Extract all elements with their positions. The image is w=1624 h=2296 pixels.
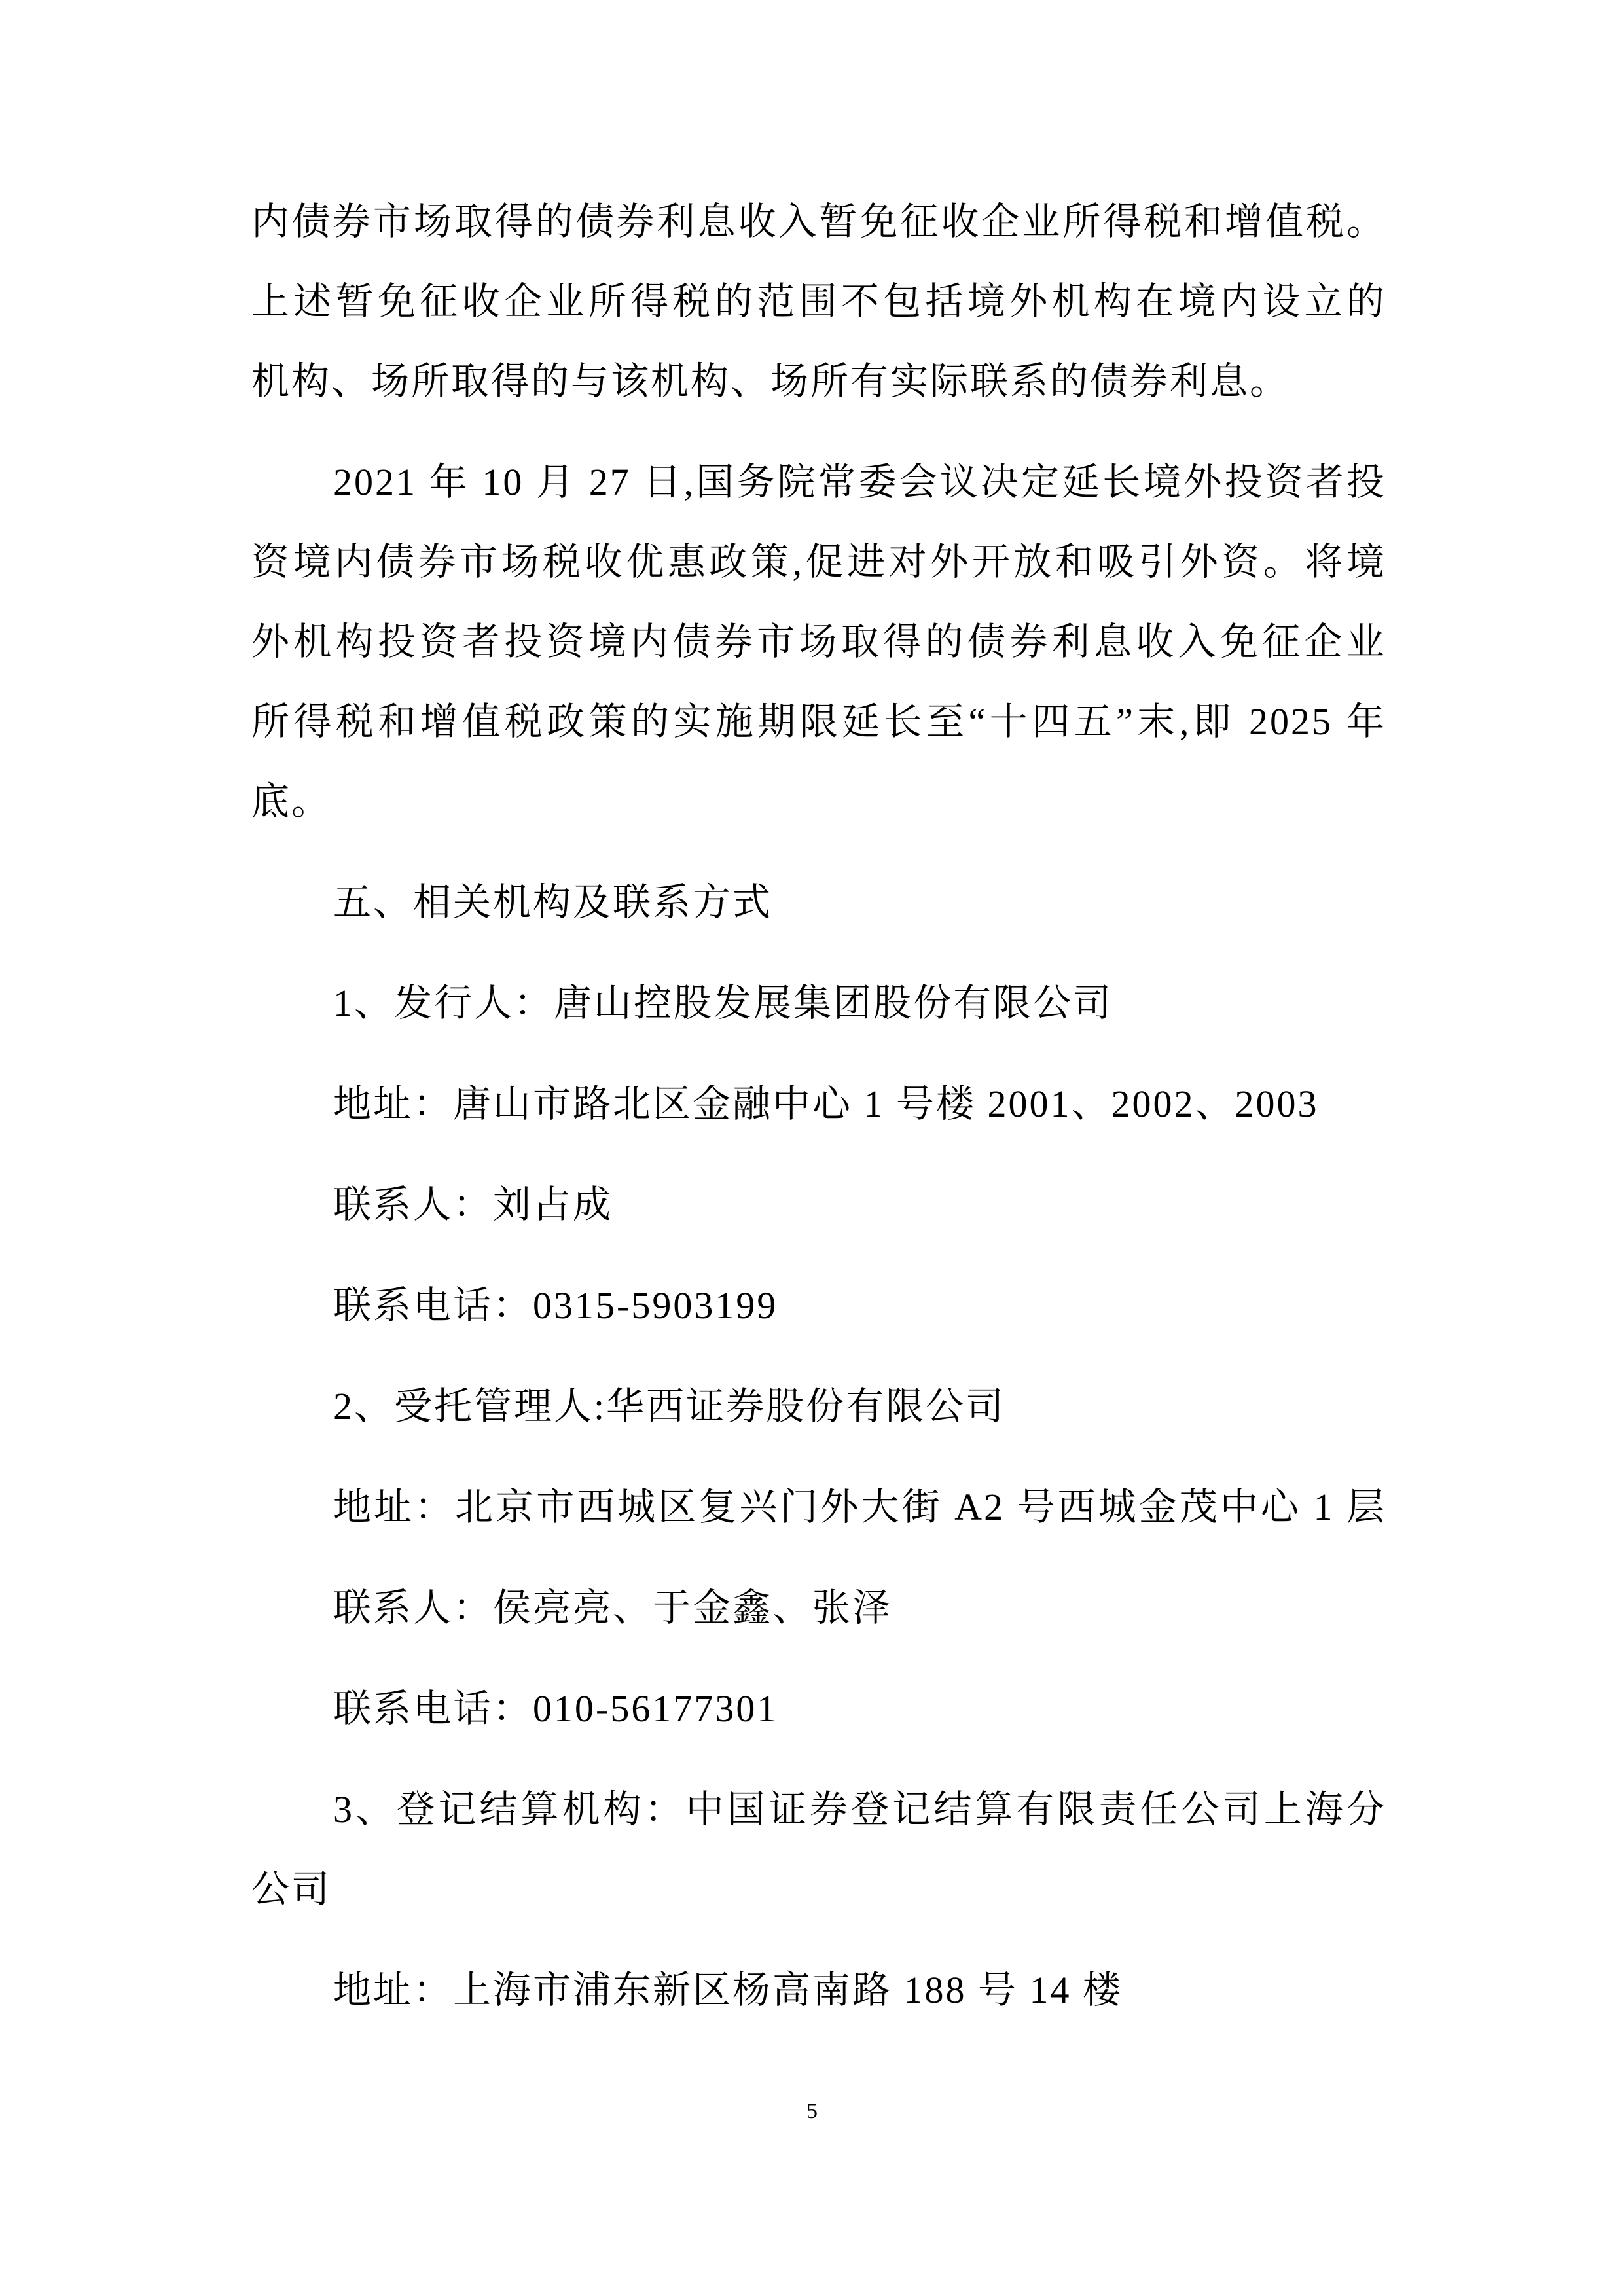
trustee-address-line: 地址：北京市西城区复兴门外大街 A2 号西城金茂中心 1 层 bbox=[251, 1486, 1386, 1529]
trustee-phone-line: 联系电话：010-56177301 bbox=[251, 1687, 1386, 1731]
page-number: 5 bbox=[0, 2097, 1624, 2126]
paragraph-line: 所得税和增值税政策的实施期限延长至“十四五”末,即 2025 年 bbox=[251, 700, 1386, 744]
paragraph-line: 2021 年 10 月 27 日,国务院常委会议决定延长境外投资者投 bbox=[251, 461, 1386, 504]
paragraph-line: 机构、场所取得的与该机构、场所有实际联系的债券利息。 bbox=[251, 360, 1386, 403]
paragraph-line: 上述暂免征收企业所得税的范围不包括境外机构在境内设立的 bbox=[251, 280, 1386, 323]
paragraph-line: 底。 bbox=[251, 780, 1386, 823]
issuer-address-line: 地址：唐山市路北区金融中心 1 号楼 2001、2002、2003 bbox=[251, 1083, 1386, 1126]
section-heading-related-institutions: 五、相关机构及联系方式 bbox=[251, 881, 1386, 924]
paragraph-line: 资境内债券市场税收优惠政策,促进对外开放和吸引外资。将境 bbox=[251, 541, 1386, 584]
registrar-address-line: 地址：上海市浦东新区杨高南路 188 号 14 楼 bbox=[251, 1969, 1386, 2012]
issuer-phone-line: 联系电话：0315-5903199 bbox=[251, 1284, 1386, 1327]
paragraph-continuation-line: 内债券市场取得的债券利息收入暂免征收企业所得税和增值税。 bbox=[251, 200, 1386, 243]
paragraph-line: 外机构投资者投资境内债券市场取得的债券利息收入免征企业 bbox=[251, 620, 1386, 664]
registrar-line: 3、登记结算机构：中国证券登记结算有限责任公司上海分 bbox=[251, 1788, 1386, 1831]
trustee-line: 2、受托管理人:华西证券股份有限公司 bbox=[251, 1385, 1386, 1428]
registrar-line-continuation: 公司 bbox=[251, 1868, 1386, 1911]
issuer-line: 1、发行人：唐山控股发展集团股份有限公司 bbox=[251, 982, 1386, 1025]
issuer-contact-line: 联系人：刘占成 bbox=[251, 1183, 1386, 1227]
document-page: 内债券市场取得的债券利息收入暂免征收企业所得税和增值税。 上述暂免征收企业所得税… bbox=[0, 0, 1624, 2296]
trustee-contact-line: 联系人：侯亮亮、于金鑫、张泽 bbox=[251, 1587, 1386, 1630]
